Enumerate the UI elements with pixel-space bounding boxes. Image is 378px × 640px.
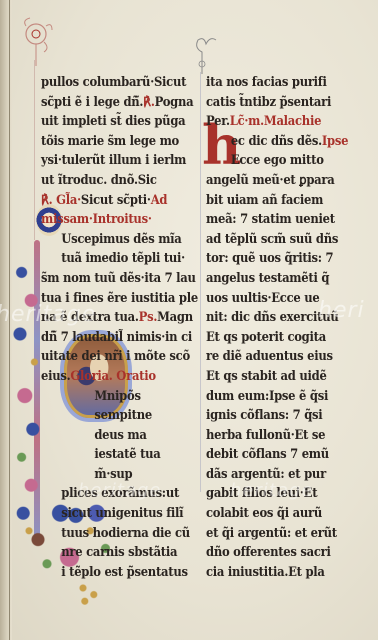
illuminated-border-foliage — [12, 250, 44, 530]
text-line: gabit filios leui·Et — [206, 483, 348, 503]
text-line: uit impleti st̃ dies pũga — [41, 111, 198, 131]
text-line: bit uiam añ faciem — [206, 190, 348, 210]
text-line: catis t̃ntibz p̃sentari — [206, 92, 348, 112]
text-line: Uscepimus dẽs mĩa — [41, 229, 198, 249]
text-line: herba fullonũ·Et se — [206, 425, 348, 445]
text-line: eius.Gloria. Oratio — [41, 366, 198, 386]
text-line: Per.Lc̃·m.Malachie — [206, 111, 348, 131]
text-line: colabit eos q̃i aurũ — [206, 503, 348, 523]
rubric-line: ℟. Gl̃a·Sicut sc̃pti·Ad — [41, 190, 198, 210]
text-line: tõis marie s̃m lege mo — [41, 131, 198, 151]
right-text-column: ita nos facias purifi catis t̃ntibz p̃se… — [206, 72, 348, 581]
text-line: cia iniustitia.Et pla — [206, 562, 348, 582]
text-line: s̃m nom tuũ dẽs·ita 7 lau — [41, 268, 198, 288]
text-line: tuã imedio tẽpli tui· — [41, 248, 198, 268]
text-line: dum eum:Ipse ẽ q̃si — [206, 386, 348, 406]
text-line: m̃·sup — [41, 464, 198, 484]
rubric-heading-introit: missam·Introitus· — [41, 209, 198, 229]
text-line: iestatẽ tua — [41, 444, 198, 464]
text-line: i tẽplo est p̃sentatus — [41, 562, 198, 582]
text-line: sicut unigenitus filĩ — [41, 503, 198, 523]
text-line: dñ̃ 7 laudabil̃ nimis·in ci — [41, 327, 198, 347]
penwork-flourish-top-center — [190, 34, 220, 74]
text-line: Ecce ego mitto — [206, 150, 348, 170]
text-line: deus ma — [41, 425, 198, 445]
text-line: ec dic dñs dẽs.Ipse — [206, 131, 348, 151]
text-line: sc̃pti ẽ i lege dñ̃.℟.Pogna — [41, 92, 198, 112]
text-line: ignis cõflans: 7 q̃si — [206, 405, 348, 425]
text-line: sempitne — [41, 405, 198, 425]
center-margin-rule — [200, 72, 201, 492]
gutter-fold-line — [9, 0, 10, 640]
text-line: nit: dic dñs exercituũ — [206, 307, 348, 327]
text-line: nre carnis sbstãtia — [41, 542, 198, 562]
text-line: angelus testamẽti q̃ — [206, 268, 348, 288]
text-line: dño offerentes sacri — [206, 542, 348, 562]
text-line: ysi·tulerũt illum i ierlm — [41, 150, 198, 170]
binding-gutter — [0, 0, 12, 640]
text-line: Et qs stabit ad uidẽ — [206, 366, 348, 386]
text-line: dãs argentũ: et pur — [206, 464, 348, 484]
penwork-flourish-top-left — [18, 16, 58, 66]
text-line: pullos columbarũ·Sicut — [41, 72, 198, 92]
text-line: re diẽ aduentus eius — [206, 346, 348, 366]
text-line: meã: 7 statim ueniet — [206, 209, 348, 229]
left-text-column: pullos columbarũ·Sicut sc̃pti ẽ i lege d… — [41, 72, 198, 581]
text-line: Mnipõs — [41, 386, 198, 406]
text-line: tuus hodierna die cũ — [41, 523, 198, 543]
text-line: ita nos facias purifi — [206, 72, 348, 92]
text-line: ad tẽplũ scm̃ suũ dñs — [206, 229, 348, 249]
manuscript-page: h pullos columbarũ·Sicut sc̃pti ẽ i lege… — [0, 0, 378, 640]
text-line: uitate dei nr̃i i mõte scõ — [41, 346, 198, 366]
text-line: debit cõflans 7 emũ — [206, 444, 348, 464]
text-line: na ẽ dextra tua.Ps.Magn — [41, 307, 198, 327]
text-line: plices exorãmus:ut — [41, 483, 198, 503]
text-line: tor: quẽ uos q̃ritis: 7 — [206, 248, 348, 268]
text-line: Et qs poterit cogita — [206, 327, 348, 347]
left-margin-rule — [34, 60, 35, 240]
text-line: ut ĩtroduc. dnõ.Sic — [41, 170, 198, 190]
text-line: tua i fines ẽre iustitia ple — [41, 288, 198, 308]
text-line: angelũ meũ·et ꝑpara — [206, 170, 348, 190]
text-line: et q̃i argentũ: et erũt — [206, 523, 348, 543]
text-line: uos uultis·Ecce ue — [206, 288, 348, 308]
